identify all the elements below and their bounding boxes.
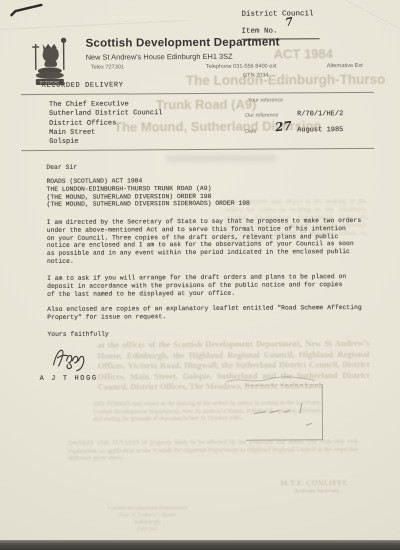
alternative-ext: Alternative Ext [327, 63, 363, 69]
recipient-address-block: The Chief Executive Sutherland District … [49, 100, 163, 147]
paragraph-2: I am to ask if you will arrange for the … [47, 273, 346, 298]
scan-smudge [166, 155, 276, 163]
recorded-delivery-marking: RECORDED DELIVERY [42, 81, 124, 89]
bleed-through-trunk-line: Trunk Road (A9) [156, 97, 256, 113]
pencil-stamp-box [246, 384, 323, 440]
telex-number: Telex 727301 [91, 64, 124, 70]
your-reference-label: Your reference [248, 97, 283, 103]
bleed-through-signatory: M.T.F. CONLIFFE [280, 478, 348, 487]
scan-background-band [0, 540, 400, 550]
bleed-through-act-line: ACT 1984 [274, 46, 333, 61]
date-value: August 1985 [297, 126, 343, 134]
date-day-handwritten: 27 [274, 119, 292, 135]
department-address: New St Andrew's House Edinburgh EH1 3SZ [86, 52, 233, 62]
letter-paper: ACT 1984 The London-Edinburgh-Thurso Tru… [0, 0, 400, 542]
bleed-through-owners-paragraph: OWNERS AND TENANTS of property likely to… [68, 439, 358, 474]
gtn-number: GTN 2034 [243, 73, 269, 79]
annotation-item-no-label: Item No. [242, 28, 278, 36]
telephone-number: Telephone 031-556 8400 ext [206, 64, 277, 70]
handwritten-signature [49, 344, 95, 374]
pen-mark [5, 0, 49, 20]
bleed-through-signatory-title: Assistant Secretary [294, 488, 339, 494]
scanned-letter-photo: ACT 1984 The London-Edinburgh-Thurso Tru… [0, 0, 400, 550]
top-annotation: District Council Item No. 7 [241, 10, 319, 39]
annotation-district-council: District Council [241, 10, 319, 18]
signatory-name: A J T HOGG [40, 375, 98, 383]
paper-crease [330, 0, 400, 29]
header-divider-rule [21, 92, 374, 95]
address-divider-rule [21, 148, 374, 151]
our-reference-value: R/70/1/HE/2 [297, 110, 343, 118]
date-label: Date [245, 129, 256, 135]
paragraph-1: I am directed by the Secretary of State … [47, 217, 362, 266]
paragraph-3: Also enclosed are copies of an explanato… [47, 304, 362, 322]
pencil-scribble [223, 372, 323, 387]
paper-crease [0, 20, 185, 30]
our-reference-label: Our reference [245, 113, 278, 119]
bleed-through-london-line: The London-Edinburgh-Thurso [186, 72, 386, 88]
salutation: Dear Sir [46, 164, 77, 172]
department-title: Scottish Development Department [86, 37, 280, 50]
subject-block: ROADS (SCOTLAND) ACT 1984 THE LONDON-EDI… [46, 177, 249, 209]
bleed-through-footer-block: Scottish Development Department New St A… [86, 505, 208, 534]
pencil-marks [246, 385, 322, 439]
annotation-item-no-value: 7 [284, 15, 294, 29]
closing: Yours faithfully [47, 331, 108, 339]
